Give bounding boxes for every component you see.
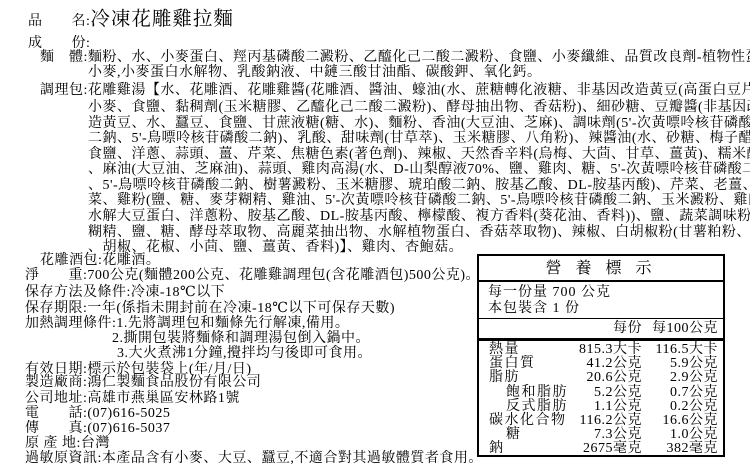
sauce-ingredients-line-8: 菜、雞粉(鹽、糖、麥芽糊精、雞油、5'-次黃嘌呤核苷磷酸二鈉、5'-鳥嘌呤核苷磷… [88,193,750,208]
nutrition-row-fat: 脂肪 20.6公克 2.9公克 [479,371,723,385]
sauce-ingredients-line-7: 、5'-鳥嘌呤核苷磷酸二鈉、樹薯澱粉、玉米糖膠、琥珀酸二鈉、胺基乙酸、DL-胺基… [88,178,750,193]
product-name: 冷凍花雕雞拉麵 [90,9,234,30]
product-name-label: 品 名: [28,14,90,29]
manufacturer-line: 製造廠商:鴻仁製麵食品股份有限公司 [25,375,261,390]
nutrient-label: 脂肪 [479,370,520,385]
nutrition-title: 營 養 標 示 [479,256,723,282]
net-weight-line: 淨 重:700公克(麵體200公克、花雕雞調理包(含花雕酒包)500公克)。 [25,268,480,283]
allergen-line: 過敏原資訊:本產品含有小麥、大豆、蠶豆,不適合對其過敏體質者食用。 [25,451,483,466]
value-per-100g: 0.7公克 [670,386,718,400]
sauce-ingredients-line-5: 食鹽、洋蔥、蒜頭、薑、芹菜、焦糖色素(著色劑)、辣椒、天然香辛料(烏梅、大茴、甘… [88,147,750,162]
serving-info-block: 每一份量 700 公克 本包裝含 1 份 [479,282,723,319]
nutrient-label: 蛋白質 [479,356,536,371]
serving-size-line: 每一份量 700 公克 [488,285,723,301]
sauce-ingredients-line-1: 調理包:花雕雞湯【水、花雕酒、花雕雞醬(花雕酒、醬油、蠔油(水、蔗糖轉化液糖、非… [40,83,750,98]
nutrition-column-headers: 每份 每100公克 [479,319,723,341]
nutrition-row-sodium: 鈉 2675毫克 382毫克 [479,442,723,456]
value-per-100g: 0.2公克 [670,400,718,414]
nutrition-row-carbohydrate: 碳水化合物 116.2公克 16.6公克 [479,414,723,428]
value-per-100g: 16.6公克 [663,414,719,428]
value-per-serving: 1.1公克 [594,400,642,414]
product-label-sheet: 品 名:冷凍花雕雞拉麵 成 份: 麵 體:麵粉、水、小麥蛋白、羥丙基磷酸二澱粉、… [0,0,750,468]
product-name-line: 品 名:冷凍花雕雞拉麵 [28,12,234,29]
shelf-life-line: 保存期限:一年(係指未開封前在冷凍-18℃以下可保存天數) [25,301,395,316]
fax-line: 傳 真:(07)616-5037 [25,421,170,436]
nutrition-row-trans-fat: 反式脂肪 1.1公克 0.2公克 [479,400,723,414]
value-per-serving: 116.2公克 [580,414,642,428]
nutrient-label: 熱量 [479,342,520,357]
nutrient-label: 鈉 [479,441,505,456]
value-per-serving: 5.2公克 [594,386,642,400]
sauce-ingredients-line-10: 糊精、鹽、糖、酵母萃取物、高麗菜抽出物、水解植物蛋白、香菇萃取物)、辣椒、白胡椒… [88,225,750,240]
address-line: 公司地址:高雄市燕巢區安林路1號 [25,391,240,406]
origin-line: 原 產 地:台灣 [25,436,110,451]
heating-instructions-line-3: 3.大火煮沸1分鐘,攪拌均勻後即可食用。 [117,346,372,361]
nutrient-label: 糖 [479,427,522,442]
nutrition-table: 營 養 標 示 每一份量 700 公克 本包裝含 1 份 每份 每100公克 熱… [477,254,725,457]
value-per-serving: 2675毫克 [583,442,642,456]
sauce-ingredients-line-2: 小麥、食鹽、黏稠劑(玉米糖膠、乙醯化己二酸二澱粉)、酵母抽出物、香菇粉)、細砂糖… [88,100,750,115]
noodle-ingredients-line-2: 小麥,小麥蛋白水解物、乳酸鈉液、中鏈三酸甘油酯、碳酸鉀、氧化鈣。 [88,65,542,80]
value-per-100g: 382毫克 [667,442,719,456]
storage-condition-line: 保存方法及條件:冷凍-18℃以下 [25,285,225,300]
servings-count-line: 本包裝含 1 份 [488,301,723,317]
value-per-100g: 2.9公克 [670,371,718,385]
sauce-ingredients-line-4: 二鈉、5'-鳥嘌呤核苷磷酸二鈉)、乳酸、甜味劑(甘草萃)、玉米糖膠、八角粉)、辣… [88,131,750,146]
nutrient-label: 飽和脂肪 [479,385,568,400]
column-header-per-serving: 每份 [613,319,642,338]
value-per-serving: 20.6公克 [587,371,643,385]
nutrition-rows: 熱量 815.3大卡 116.5大卡 蛋白質 41.2公克 5.9公克 脂肪 2… [479,341,723,457]
heating-instructions-line-2: 2.撕開包裝將麵條和調理湯包倒入鍋中。 [112,331,370,346]
noodle-ingredients-line-1: 麵 體:麵粉、水、小麥蛋白、羥丙基磷酸二澱粉、乙醯化己二酸二澱粉、食鹽、小麥纖維… [40,50,750,65]
nutrient-label: 反式脂肪 [479,399,568,414]
column-header-per-100g: 每100公克 [652,319,718,338]
wine-pack-line: 花雕酒包:花雕酒。 [40,253,160,268]
heating-instructions-line-1: 加熱調理條件:1.先將調理包和麵條先行解凍,備用。 [25,316,349,331]
phone-line: 電 話:(07)616-5025 [25,406,170,421]
sauce-ingredients-line-9: 水解大豆蛋白、洋蔥粉、胺基乙酸、DL-胺基丙酸、檸檬酸、複方香料(葵花油、香料)… [88,209,750,224]
nutrient-label: 碳水化合物 [479,413,567,428]
sauce-ingredients-line-6: 、麻油(大豆油、芝麻油)、蒜頭、雞肉高湯(水、D-山梨醇液70%、鹽、雞肉、糖、… [88,162,750,177]
nutrition-row-saturated-fat: 飽和脂肪 5.2公克 0.7公克 [479,386,723,400]
composition-label-line: 成 份: [28,36,90,51]
sauce-ingredients-line-3: 造黃豆、水、蠶豆、食鹽、甘蔗液糖(糖、水)、麵粉、香油(大豆油、芝麻)、調味劑(… [88,116,750,131]
